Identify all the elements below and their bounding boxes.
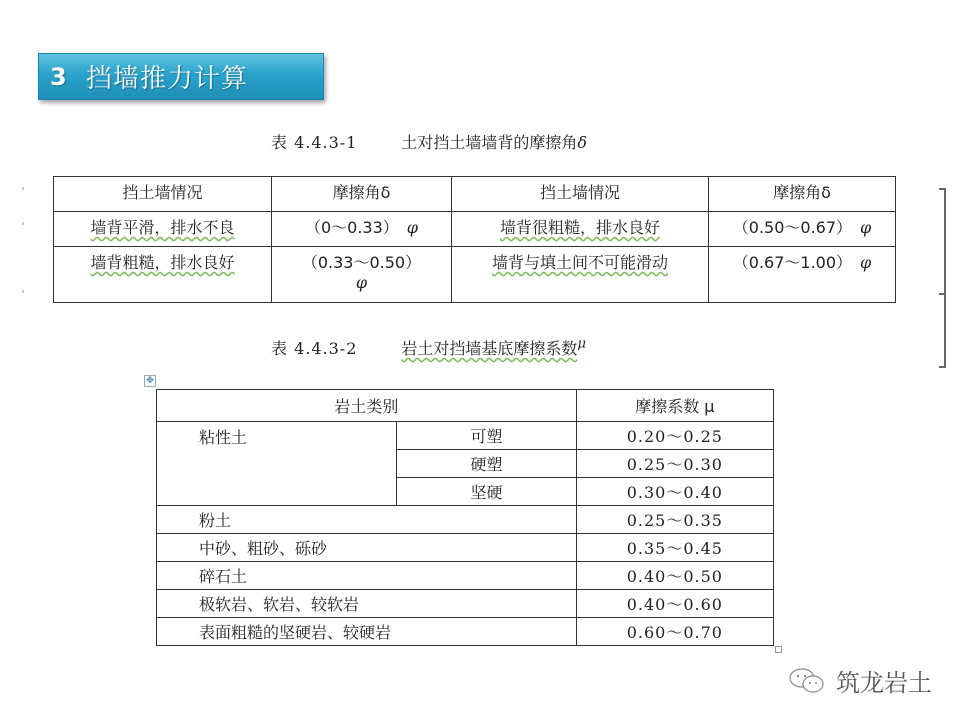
state-cell: 硬塑 [397, 450, 576, 478]
type-cell: 中砂、粗砂、砾砂 [157, 534, 577, 562]
header-cell: 摩擦角δ [709, 177, 896, 212]
clay-label-cell: 粘性土 [157, 422, 397, 506]
base-friction-table: 岩土类别 摩擦系数 μ 粘性土 可塑 0.20～0.25 硬塑 0.25～0.3… [156, 389, 774, 646]
header-cell: 挡土墙情况 [54, 177, 272, 212]
header-cell: 摩擦角δ [272, 177, 452, 212]
slide-title: 挡墙推力计算 [86, 58, 248, 95]
angle-cell: （0.67～1.00）φ [709, 247, 896, 303]
type-cell: 碎石土 [157, 562, 577, 590]
condition-cell: 墙背与填土间不可能滑动 [452, 247, 709, 303]
slide-title-banner: 3 挡墙推力计算 [38, 53, 324, 100]
margin-mark [22, 290, 24, 293]
bracket-line [944, 188, 946, 368]
table1-caption-title: 土对挡土墙墙背的摩擦角 [401, 133, 577, 152]
margin-mark [22, 187, 24, 190]
table2-caption: 表 4.4.3-2岩土对挡墙基底摩擦系数μ [271, 336, 586, 359]
table-row: 墙背平滑，排水不良 （0～0.33）φ 墙背很粗糙，排水良好 （0.50～0.6… [54, 212, 896, 247]
wechat-icon [788, 666, 828, 696]
type-cell: 表面粗糙的坚硬岩、较硬岩 [157, 618, 577, 646]
table-row: 粘性土 可塑 0.20～0.25 [157, 422, 774, 450]
friction-angle-table: 挡土墙情况 摩擦角δ 挡土墙情况 摩擦角δ 墙背平滑，排水不良 （0～0.33）… [53, 176, 896, 303]
value-cell: 0.20～0.25 [576, 422, 773, 450]
bracket-tick [939, 188, 945, 190]
watermark: 筑龙岩土 [788, 663, 932, 698]
value-cell: 0.30～0.40 [576, 478, 773, 506]
table-header-row: 挡土墙情况 摩擦角δ 挡土墙情况 摩擦角δ [54, 177, 896, 212]
table-header-row: 岩土类别 摩擦系数 μ [157, 390, 774, 422]
state-cell: 可塑 [397, 422, 576, 450]
condition-cell: 墙背平滑，排水不良 [54, 212, 272, 247]
angle-cell: （0.33～0.50）φ [272, 247, 452, 303]
table1-caption-symbol: δ [577, 133, 587, 152]
table-row: 粉土 0.25～0.35 [157, 506, 774, 534]
value-cell: 0.40～0.50 [576, 562, 773, 590]
condition-cell: 墙背粗糙，排水良好 [54, 247, 272, 303]
value-cell: 0.40～0.60 [576, 590, 773, 618]
table1-caption-number: 表 4.4.3-1 [271, 133, 357, 152]
table-resize-handle[interactable] [775, 646, 782, 653]
value-cell: 0.60～0.70 [576, 618, 773, 646]
condition-cell: 墙背很粗糙，排水良好 [452, 212, 709, 247]
value-cell: 0.35～0.45 [576, 534, 773, 562]
table-row: 碎石土 0.40～0.50 [157, 562, 774, 590]
state-cell: 坚硬 [397, 478, 576, 506]
table1-caption: 表 4.4.3-1土对挡土墙墙背的摩擦角δ [271, 130, 587, 153]
type-cell: 粉土 [157, 506, 577, 534]
value-cell: 0.25～0.35 [576, 506, 773, 534]
table-row: 极软岩、软岩、较软岩 0.40～0.60 [157, 590, 774, 618]
header-cell: 摩擦系数 μ [576, 390, 773, 422]
table-row: 墙背粗糙，排水良好 （0.33～0.50）φ 墙背与填土间不可能滑动 （0.67… [54, 247, 896, 303]
watermark-text: 筑龙岩土 [836, 663, 932, 698]
type-cell: 极软岩、软岩、较软岩 [157, 590, 577, 618]
value-cell: 0.25～0.30 [576, 450, 773, 478]
table2-caption-number: 表 4.4.3-2 [271, 339, 357, 358]
header-cell: 岩土类别 [157, 390, 577, 422]
table2-caption-title: 岩土对挡墙基底摩擦系数 [401, 339, 577, 358]
table-move-handle-icon[interactable]: ✥ [144, 375, 156, 387]
table-row: 中砂、粗砂、砾砂 0.35～0.45 [157, 534, 774, 562]
section-number: 3 [50, 63, 86, 91]
table-row: 表面粗糙的坚硬岩、较硬岩 0.60～0.70 [157, 618, 774, 646]
table2-caption-symbol: μ [577, 337, 586, 352]
margin-mark [22, 222, 24, 225]
header-cell: 挡土墙情况 [452, 177, 709, 212]
angle-cell: （0～0.33）φ [272, 212, 452, 247]
angle-cell: （0.50～0.67）φ [709, 212, 896, 247]
bracket-tick [939, 366, 945, 368]
bracket-tick [939, 293, 945, 295]
